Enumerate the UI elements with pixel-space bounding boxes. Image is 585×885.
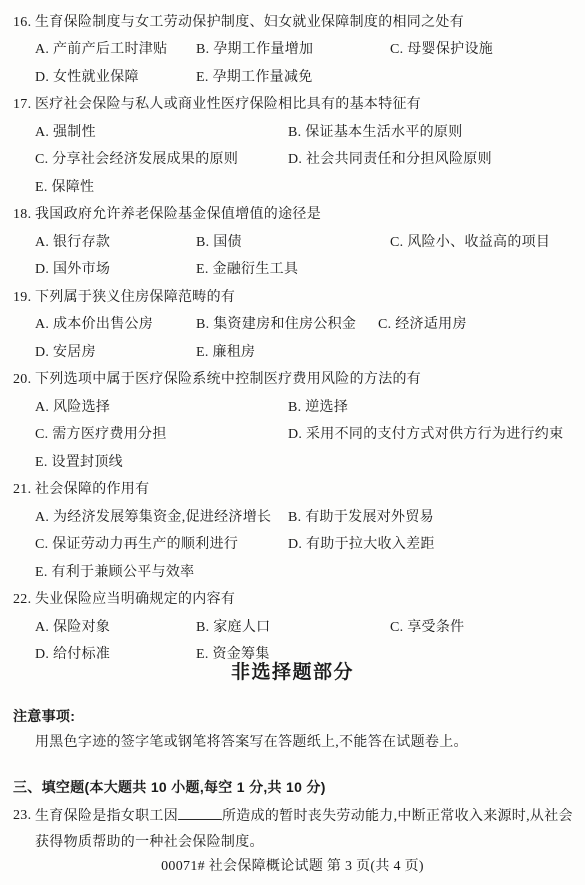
question-text: 下列选项中属于医疗保险系统中控制医疗费用风险的方法的有 bbox=[35, 370, 421, 390]
question-text: 医疗社会保险与私人或商业性医疗保险相比具有的基本特征有 bbox=[35, 95, 421, 115]
option-label: C. 分享社会经济发展成果的原则 bbox=[35, 150, 238, 170]
question-17-options-row-3: E. 保障性 bbox=[0, 178, 585, 198]
question-text: 失业保险应当明确规定的内容有 bbox=[35, 590, 235, 610]
option-label: C. 享受条件 bbox=[390, 618, 464, 638]
fill-blank-underline bbox=[178, 806, 222, 820]
option-label: E. 孕期工作量减免 bbox=[196, 68, 313, 88]
question-17-options-row-2: C. 分享社会经济发展成果的原则 D. 社会共同责任和分担风险原则 bbox=[0, 150, 585, 170]
notice-label: 注意事项: bbox=[13, 706, 75, 726]
option-label: E. 金融衍生工具 bbox=[196, 260, 298, 280]
page-footer: 00071# 社会保障概论试题 第 3 页(共 4 页) bbox=[0, 857, 585, 877]
option-label: D. 女性就业保障 bbox=[35, 68, 139, 88]
question-21-options-row-2: C. 保证劳动力再生产的顺利进行 D. 有助于拉大收入差距 bbox=[0, 535, 585, 555]
option-label: A. 风险选择 bbox=[35, 398, 110, 418]
question-21-options-row-1: A. 为经济发展筹集资金,促进经济增长 B. 有助于发展对外贸易 bbox=[0, 508, 585, 528]
question-text: 我国政府允许养老保险基金保值增值的途径是 bbox=[35, 205, 321, 225]
option-label: B. 孕期工作量增加 bbox=[196, 40, 313, 60]
question-text: 下列属于狭义住房保障范畴的有 bbox=[35, 288, 235, 308]
option-label: E. 设置封顶线 bbox=[35, 453, 123, 473]
notice-text-line: 用黑色字迹的签字笔或钢笔将答案写在答题纸上,不能答在试题卷上。 bbox=[0, 733, 585, 753]
option-label: B. 家庭人口 bbox=[196, 618, 270, 638]
option-label: C. 保证劳动力再生产的顺利进行 bbox=[35, 535, 238, 555]
question-number: 21. bbox=[13, 480, 31, 500]
option-label: C. 母婴保护设施 bbox=[390, 40, 493, 60]
option-label: A. 强制性 bbox=[35, 123, 96, 143]
option-label: D. 社会共同责任和分担风险原则 bbox=[288, 150, 492, 170]
option-label: E. 廉租房 bbox=[196, 343, 255, 363]
question-text: 生育保险是指女职工因所造成的暂时丧失劳动能力,中断正常收入来源时,从社会 bbox=[35, 806, 573, 827]
option-label: C. 需方医疗费用分担 bbox=[35, 425, 167, 445]
option-label: B. 有助于发展对外贸易 bbox=[288, 508, 434, 528]
option-label: E. 有利于兼顾公平与效率 bbox=[35, 563, 194, 583]
question-text: 社会保障的作用有 bbox=[35, 480, 149, 500]
option-label: A. 银行存款 bbox=[35, 233, 110, 253]
option-label: A. 成本价出售公房 bbox=[35, 315, 153, 335]
question-17: 17. 医疗社会保险与私人或商业性医疗保险相比具有的基本特征有 bbox=[0, 95, 585, 115]
question-22-options-row-1: A. 保险对象 B. 家庭人口 C. 享受条件 bbox=[0, 618, 585, 638]
question-18-options-row-2: D. 国外市场 E. 金融衍生工具 bbox=[0, 260, 585, 280]
question-text-continued: 获得物质帮助的一种社会保险制度。 bbox=[35, 833, 264, 853]
question-20-options-row-1: A. 风险选择 B. 逆选择 bbox=[0, 398, 585, 418]
question-16-options-row-2: D. 女性就业保障 E. 孕期工作量减免 bbox=[0, 68, 585, 88]
question-number: 17. bbox=[13, 95, 31, 115]
question-22: 22. 失业保险应当明确规定的内容有 bbox=[0, 590, 585, 610]
question-16-options-row-1: A. 产前产后工时津贴 B. 孕期工作量增加 C. 母婴保护设施 bbox=[0, 40, 585, 60]
option-label: D. 国外市场 bbox=[35, 260, 110, 280]
question-text-before-blank: 生育保险是指女职工因 bbox=[35, 809, 178, 824]
question-17-options-row-1: A. 强制性 B. 保证基本生活水平的原则 bbox=[0, 123, 585, 143]
question-text-after-blank: 所造成的暂时丧失劳动能力,中断正常收入来源时,从社会 bbox=[222, 809, 573, 824]
option-label: B. 逆选择 bbox=[288, 398, 348, 418]
option-label: D. 有助于拉大收入差距 bbox=[288, 535, 435, 555]
option-label: A. 为经济发展筹集资金,促进经济增长 bbox=[35, 508, 271, 528]
section-header: 非选择题部分 bbox=[0, 660, 585, 686]
question-20-options-row-2: C. 需方医疗费用分担 D. 采用不同的支付方式对供方行为进行约束 bbox=[0, 425, 585, 445]
option-label: B. 集资建房和住房公积金 bbox=[196, 315, 356, 335]
question-21-options-row-3: E. 有利于兼顾公平与效率 bbox=[0, 563, 585, 583]
question-20: 20. 下列选项中属于医疗保险系统中控制医疗费用风险的方法的有 bbox=[0, 370, 585, 390]
question-21: 21. 社会保障的作用有 bbox=[0, 480, 585, 500]
option-label: B. 保证基本生活水平的原则 bbox=[288, 123, 463, 143]
question-19: 19. 下列属于狭义住房保障范畴的有 bbox=[0, 288, 585, 308]
question-number: 16. bbox=[13, 13, 31, 33]
question-number: 23. bbox=[13, 806, 31, 826]
question-number: 22. bbox=[13, 590, 31, 610]
option-label: A. 保险对象 bbox=[35, 618, 110, 638]
question-text: 生育保险制度与女工劳动保护制度、妇女就业保障制度的相同之处有 bbox=[35, 13, 464, 33]
option-label: C. 风险小、收益高的项目 bbox=[390, 233, 550, 253]
question-number: 20. bbox=[13, 370, 31, 390]
fill-in-section-heading-line: 三、填空题(本大题共 10 小题,每空 1 分,共 10 分) bbox=[0, 777, 585, 797]
question-number: 18. bbox=[13, 205, 31, 225]
question-18-options-row-1: A. 银行存款 B. 国债 C. 风险小、收益高的项目 bbox=[0, 233, 585, 253]
question-23: 23. 生育保险是指女职工因所造成的暂时丧失劳动能力,中断正常收入来源时,从社会 bbox=[0, 806, 585, 826]
question-16: 16. 生育保险制度与女工劳动保护制度、妇女就业保障制度的相同之处有 bbox=[0, 13, 585, 33]
exam-page: 16. 生育保险制度与女工劳动保护制度、妇女就业保障制度的相同之处有 A. 产前… bbox=[0, 0, 585, 885]
question-23-line-2: 获得物质帮助的一种社会保险制度。 bbox=[0, 833, 585, 853]
option-label: D. 采用不同的支付方式对供方行为进行约束 bbox=[288, 425, 563, 445]
question-20-options-row-3: E. 设置封顶线 bbox=[0, 453, 585, 473]
option-label: B. 国债 bbox=[196, 233, 242, 253]
option-label: A. 产前产后工时津贴 bbox=[35, 40, 167, 60]
question-18: 18. 我国政府允许养老保险基金保值增值的途径是 bbox=[0, 205, 585, 225]
option-label: E. 保障性 bbox=[35, 178, 94, 198]
option-label: D. 安居房 bbox=[35, 343, 96, 363]
option-label: C. 经济适用房 bbox=[378, 315, 467, 335]
question-19-options-row-2: D. 安居房 E. 廉租房 bbox=[0, 343, 585, 363]
fill-in-section-heading: 三、填空题(本大题共 10 小题,每空 1 分,共 10 分) bbox=[13, 777, 326, 797]
notice-text: 用黑色字迹的签字笔或钢笔将答案写在答题纸上,不能答在试题卷上。 bbox=[35, 733, 468, 753]
question-19-options-row-1: A. 成本价出售公房 B. 集资建房和住房公积金 C. 经济适用房 bbox=[0, 315, 585, 335]
question-number: 19. bbox=[13, 288, 31, 308]
notice: 注意事项: bbox=[0, 706, 585, 726]
